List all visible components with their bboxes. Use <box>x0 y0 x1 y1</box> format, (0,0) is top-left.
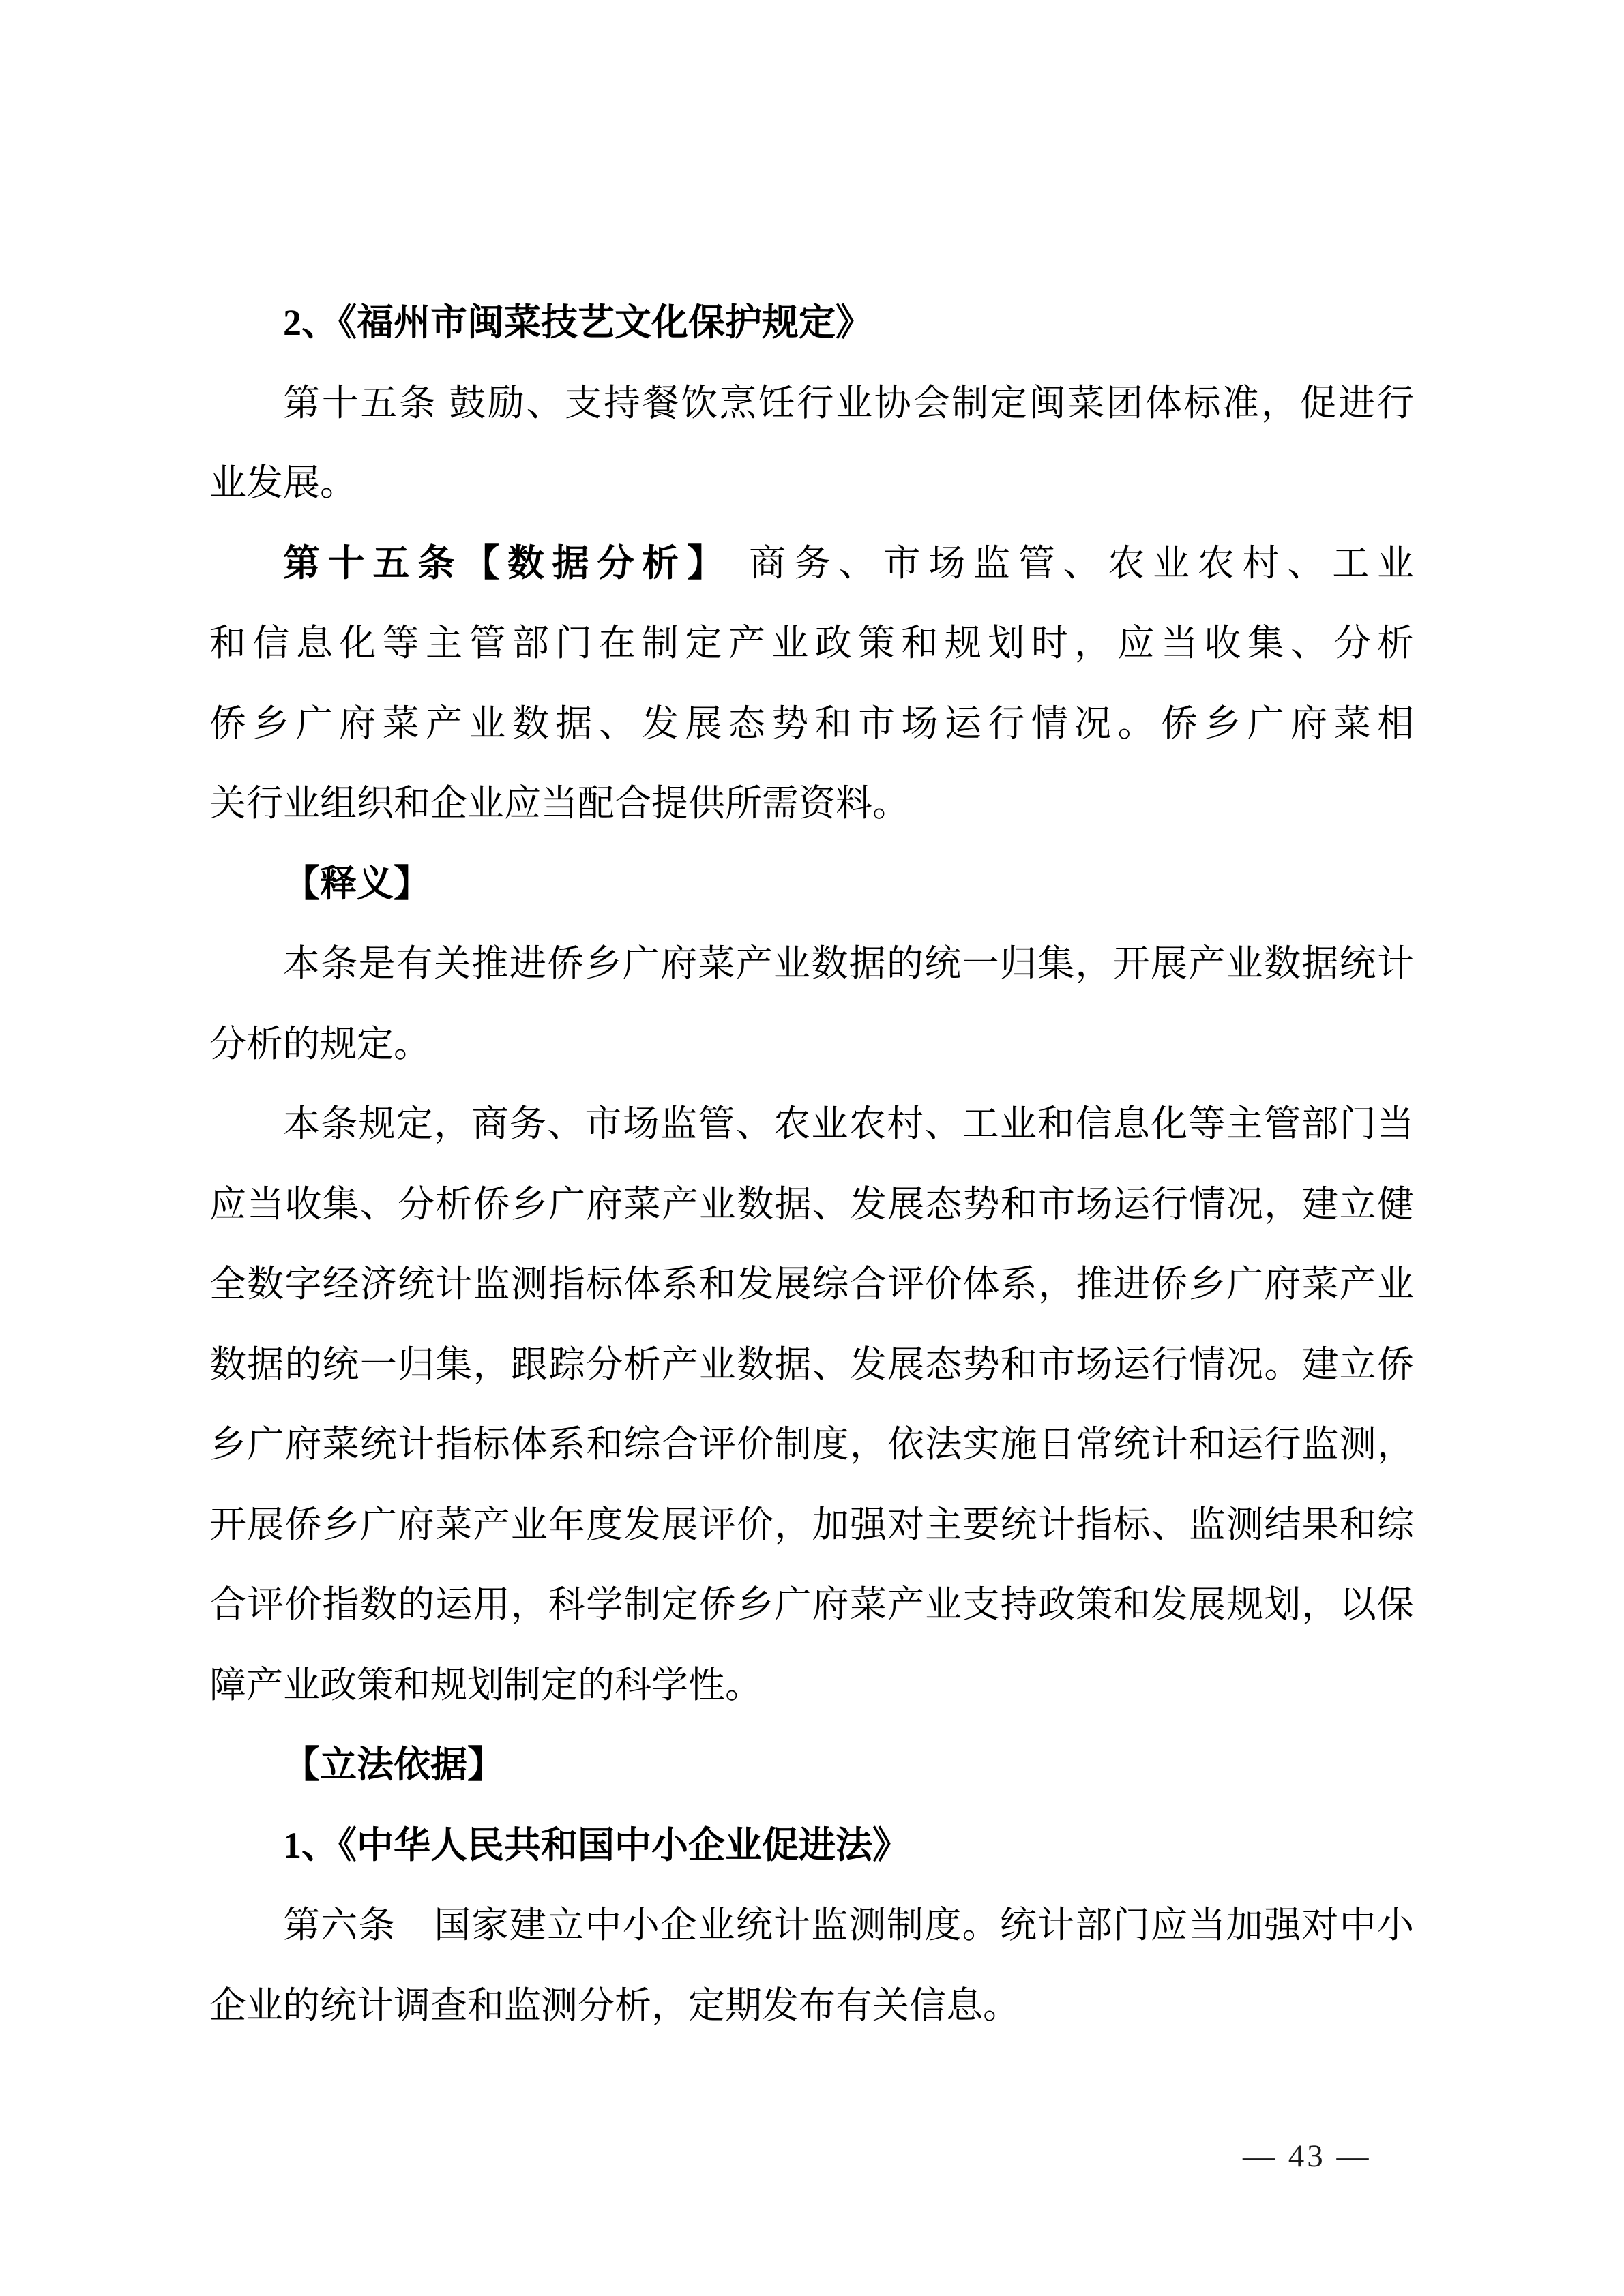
text-line: 关行业组织和企业应当配合提供所需资料。 <box>209 764 1414 844</box>
text-line: 第十五条【数据分析】 商务、市场监管、农业农村、工业 <box>209 524 1414 604</box>
text-line: 业发展。 <box>209 443 1414 524</box>
text-lines: 2、《福州市闽菜技艺文化保护规定》第十五条 鼓励、支持餐饮烹饪行业协会制定闽菜团… <box>209 283 1414 2046</box>
text-run: 分析的规定。 <box>209 1024 430 1064</box>
text-run: 乡广府菜统计指标体系和综合评价制度，依法实施日常统计和运行监测， <box>209 1424 1414 1465</box>
text-run: 商务、市场监管、农业农村、工业 <box>732 543 1414 584</box>
text-run: 企业的统计调查和监测分析，定期发布有关信息。 <box>209 1985 1020 2026</box>
text-line: 合评价指数的运用，科学制定侨乡广府菜产业支持政策和发展规划，以保 <box>209 1565 1414 1645</box>
page-number: — 43 — <box>1243 2136 1372 2177</box>
text-run: 第十五条 鼓励、支持餐饮烹饪行业协会制定闽菜团体标准，促进行 <box>283 383 1414 423</box>
text-run: 开展侨乡广府菜产业年度发展评价，加强对主要统计指标、监测结果和综 <box>209 1504 1414 1545</box>
text-line: 本条规定，商务、市场监管、农业农村、工业和信息化等主管部门当 <box>209 1084 1414 1165</box>
text-line: 第六条 国家建立中小企业统计监测制度。统计部门应当加强对中小 <box>209 1885 1414 1966</box>
text-run: 本条是有关推进侨乡广府菜产业数据的统一归集，开展产业数据统计 <box>283 943 1414 984</box>
text-run-bold: 【释义】 <box>283 863 430 904</box>
text-run: 第六条 国家建立中小企业统计监测制度。统计部门应当加强对中小 <box>283 1905 1414 1945</box>
text-line: 【释义】 <box>209 844 1414 925</box>
text-line: 和信息化等主管部门在制定产业政策和规划时，应当收集、分析 <box>209 603 1414 684</box>
text-line: 本条是有关推进侨乡广府菜产业数据的统一归集，开展产业数据统计 <box>209 924 1414 1004</box>
text-line: 应当收集、分析侨乡广府菜产业数据、发展态势和市场运行情况，建立健 <box>209 1165 1414 1245</box>
text-run: 和信息化等主管部门在制定产业政策和规划时，应当收集、分析 <box>209 623 1414 664</box>
text-line: 障产业政策和规划制定的科学性。 <box>209 1645 1414 1726</box>
text-line: 1、《中华人民共和国中小企业促进法》 <box>209 1806 1414 1886</box>
text-line: 开展侨乡广府菜产业年度发展评价，加强对主要统计指标、监测结果和综 <box>209 1485 1414 1566</box>
text-run: 业发展。 <box>209 462 357 503</box>
text-line: 2、《福州市闽菜技艺文化保护规定》 <box>209 283 1414 363</box>
text-run-bold: 【立法依据】 <box>283 1744 504 1785</box>
text-line: 第十五条 鼓励、支持餐饮烹饪行业协会制定闽菜团体标准，促进行 <box>209 363 1414 444</box>
text-line: 乡广府菜统计指标体系和综合评价制度，依法实施日常统计和运行监测， <box>209 1405 1414 1485</box>
text-run-bold: 1、《中华人民共和国中小企业促进法》 <box>283 1825 909 1866</box>
text-line: 数据的统一归集，跟踪分析产业数据、发展态势和市场运行情况。建立侨 <box>209 1325 1414 1405</box>
text-line: 侨乡广府菜产业数据、发展态势和市场运行情况。侨乡广府菜相 <box>209 684 1414 764</box>
text-run: 障产业政策和规划制定的科学性。 <box>209 1665 762 1705</box>
text-run-bold: 第十五条【数据分析】 <box>283 543 732 584</box>
text-run: 应当收集、分析侨乡广府菜产业数据、发展态势和市场运行情况，建立健 <box>209 1184 1414 1225</box>
text-line: 【立法依据】 <box>209 1725 1414 1806</box>
text-line: 企业的统计调查和监测分析，定期发布有关信息。 <box>209 1966 1414 2046</box>
text-run: 全数字经济统计监测指标体系和发展综合评价体系，推进侨乡广府菜产业 <box>209 1264 1414 1304</box>
text-run: 合评价指数的运用，科学制定侨乡广府菜产业支持政策和发展规划，以保 <box>209 1584 1414 1625</box>
text-line: 全数字经济统计监测指标体系和发展综合评价体系，推进侨乡广府菜产业 <box>209 1244 1414 1325</box>
text-run-bold: 2、《福州市闽菜技艺文化保护规定》 <box>283 302 872 343</box>
text-run: 本条规定，商务、市场监管、农业农村、工业和信息化等主管部门当 <box>283 1103 1414 1144</box>
document-page: 2、《福州市闽菜技艺文化保护规定》第十五条 鼓励、支持餐饮烹饪行业协会制定闽菜团… <box>0 0 1624 2296</box>
text-line: 分析的规定。 <box>209 1004 1414 1085</box>
text-run: 关行业组织和企业应当配合提供所需资料。 <box>209 783 909 824</box>
text-run: 数据的统一归集，跟踪分析产业数据、发展态势和市场运行情况。建立侨 <box>209 1344 1414 1385</box>
text-run: 侨乡广府菜产业数据、发展态势和市场运行情况。侨乡广府菜相 <box>209 703 1414 744</box>
